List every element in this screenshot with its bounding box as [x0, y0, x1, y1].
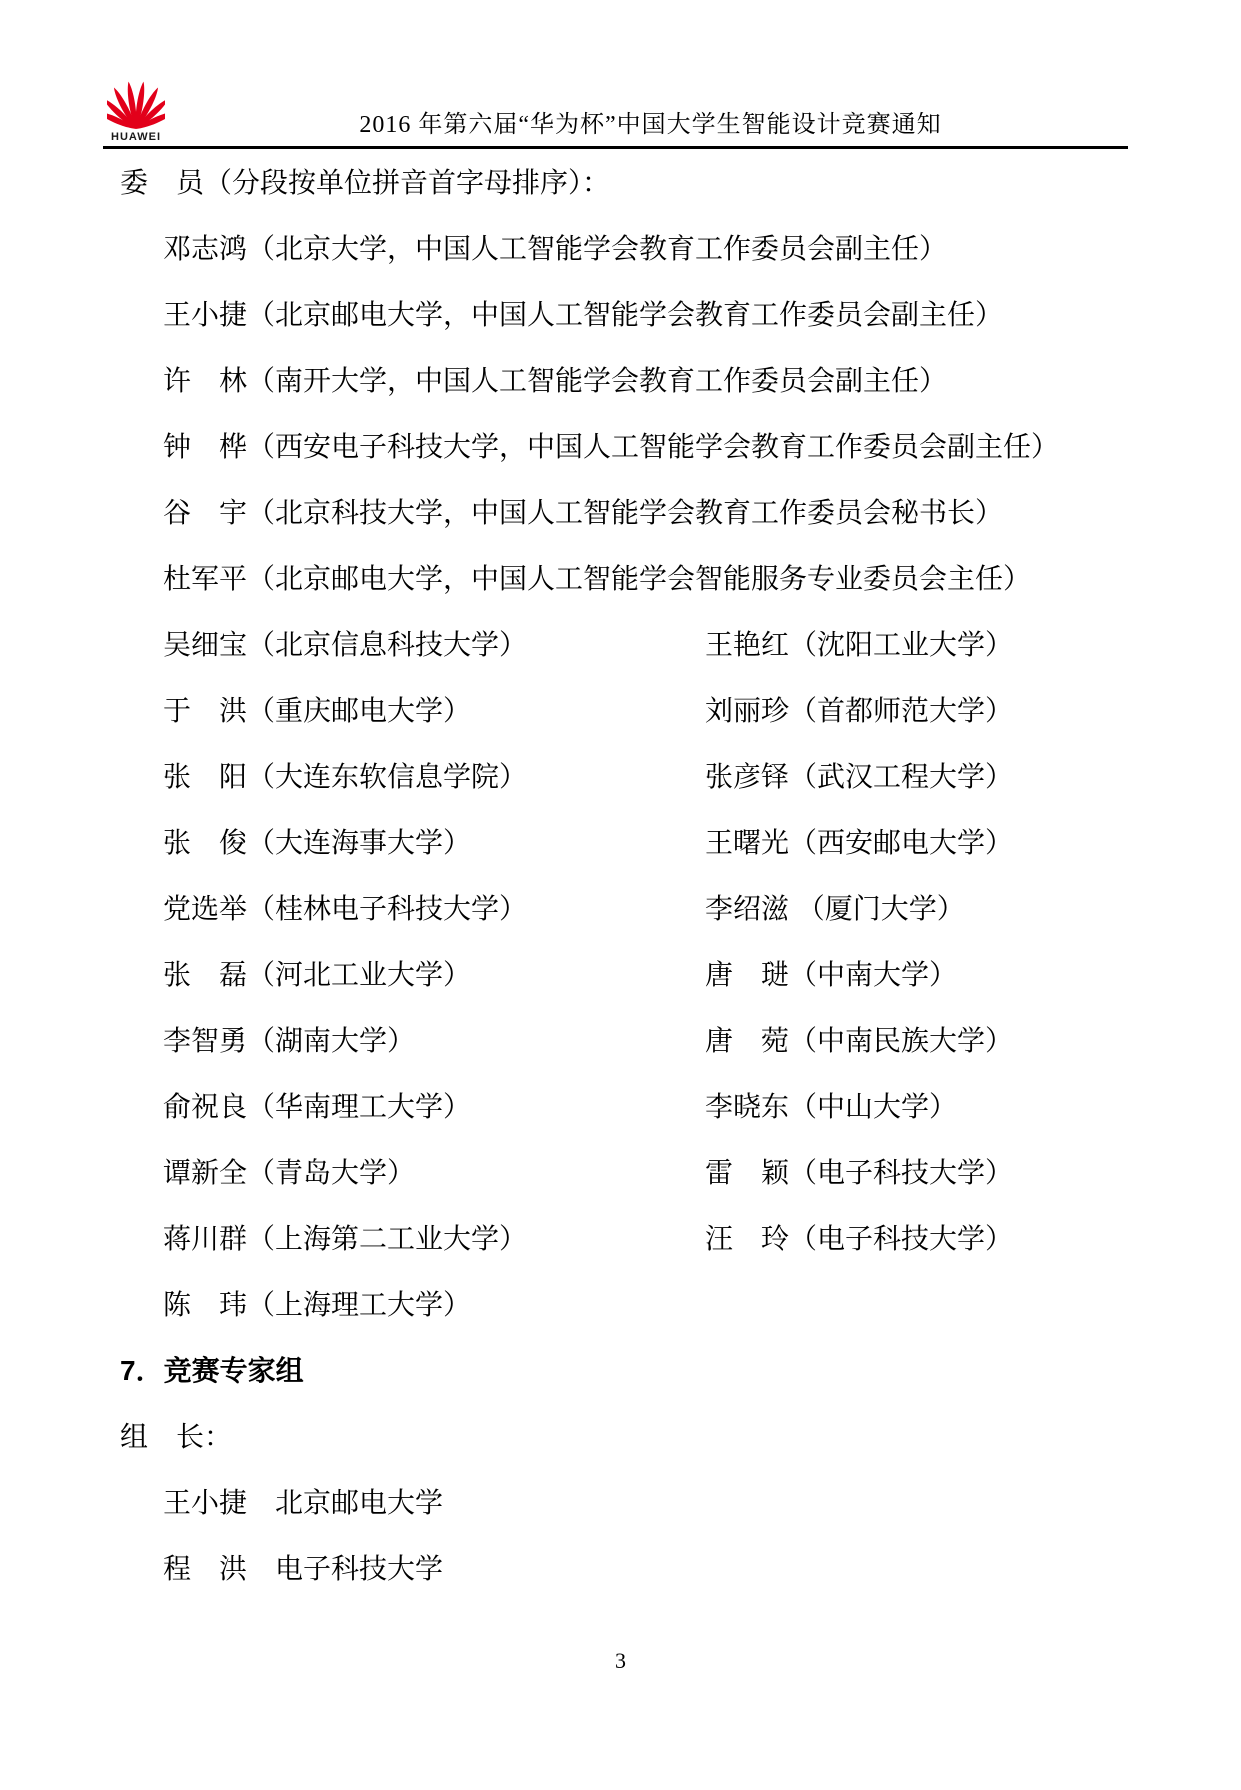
committee-member-right: 张彦铎（武汉工程大学）	[705, 744, 1013, 810]
committee-entry: 杜军平（北京邮电大学，中国人工智能学会智能服务专业委员会主任）	[120, 546, 1130, 612]
committee-entry: 邓志鸿（北京大学，中国人工智能学会教育工作委员会副主任）	[120, 216, 1130, 282]
committee-pair-row: 张 阳（大连东软信息学院） 张彦铎（武汉工程大学）	[120, 744, 1130, 810]
committee-member-left: 蒋川群（上海第二工业大学）	[163, 1223, 527, 1254]
committee-pair-row: 李智勇（湖南大学） 唐 菀（中南民族大学）	[120, 1008, 1130, 1074]
committee-pair-row: 谭新全（青岛大学） 雷 颖（电子科技大学）	[120, 1140, 1130, 1206]
committee-entry: 王小捷（北京邮电大学，中国人工智能学会教育工作委员会副主任）	[120, 282, 1130, 348]
committee-member-left: 张 俊（大连海事大学）	[163, 827, 471, 858]
experts-leader-entry: 程 洪 电子科技大学	[120, 1536, 1130, 1602]
document-page: HUAWEI 2016 年第六届“华为杯”中国大学生智能设计竞赛通知 委 员（分…	[0, 0, 1241, 1790]
committee-member-left: 党选举（桂林电子科技大学）	[163, 893, 527, 924]
committee-member-right: 唐 菀（中南民族大学）	[705, 1008, 1013, 1074]
section-heading-experts: 7．竞赛专家组	[120, 1338, 1130, 1404]
committee-entry: 谷 宇（北京科技大学，中国人工智能学会教育工作委员会秘书长）	[120, 480, 1130, 546]
experts-leader-label: 组 长：	[120, 1404, 1130, 1470]
committee-entry: 许 林（南开大学，中国人工智能学会教育工作委员会副主任）	[120, 348, 1130, 414]
committee-member-right: 唐 琎（中南大学）	[705, 942, 957, 1008]
committee-pair-row: 陈 玮（上海理工大学）	[120, 1272, 1130, 1338]
page-number: 3	[0, 1648, 1241, 1674]
committee-pair-row: 俞祝良（华南理工大学） 李晓东（中山大学）	[120, 1074, 1130, 1140]
committee-member-right: 王曙光（西安邮电大学）	[705, 810, 1013, 876]
committee-member-right: 雷 颖（电子科技大学）	[705, 1140, 1013, 1206]
committee-member-left: 俞祝良（华南理工大学）	[163, 1091, 471, 1122]
document-body: 委 员（分段按单位拼音首字母排序）： 邓志鸿（北京大学，中国人工智能学会教育工作…	[120, 150, 1130, 1602]
committee-pair-row: 张 磊（河北工业大学） 唐 琎（中南大学）	[120, 942, 1130, 1008]
committee-member-left: 吴细宝（北京信息科技大学）	[163, 629, 527, 660]
committee-member-right: 王艳红（沈阳工业大学）	[705, 612, 1013, 678]
header-divider	[103, 146, 1128, 149]
committee-member-left: 于 洪（重庆邮电大学）	[163, 695, 471, 726]
committee-member-left: 张 阳（大连东软信息学院）	[163, 761, 527, 792]
committee-pair-row: 蒋川群（上海第二工业大学） 汪 玲（电子科技大学）	[120, 1206, 1130, 1272]
committee-member-left: 陈 玮（上海理工大学）	[163, 1289, 471, 1320]
committee-entry: 钟 桦（西安电子科技大学，中国人工智能学会教育工作委员会副主任）	[120, 414, 1130, 480]
committee-member-left: 张 磊（河北工业大学）	[163, 959, 471, 990]
committee-member-right: 刘丽珍（首都师范大学）	[705, 678, 1013, 744]
committee-pair-row: 吴细宝（北京信息科技大学） 王艳红（沈阳工业大学）	[120, 612, 1130, 678]
committee-member-right: 李晓东（中山大学）	[705, 1074, 957, 1140]
document-header-title: 2016 年第六届“华为杯”中国大学生智能设计竞赛通知	[103, 104, 1128, 139]
committee-member-right: 汪 玲（电子科技大学）	[705, 1206, 1013, 1272]
committee-label: 委 员（分段按单位拼音首字母排序）：	[120, 150, 1130, 216]
experts-leader-entry: 王小捷 北京邮电大学	[120, 1470, 1130, 1536]
committee-pair-row: 于 洪（重庆邮电大学） 刘丽珍（首都师范大学）	[120, 678, 1130, 744]
committee-pair-row: 张 俊（大连海事大学） 王曙光（西安邮电大学）	[120, 810, 1130, 876]
committee-member-left: 谭新全（青岛大学）	[163, 1157, 415, 1188]
committee-pair-row: 党选举（桂林电子科技大学） 李绍滋 （厦门大学）	[120, 876, 1130, 942]
committee-member-left: 李智勇（湖南大学）	[163, 1025, 415, 1056]
committee-member-right: 李绍滋 （厦门大学）	[705, 876, 965, 942]
